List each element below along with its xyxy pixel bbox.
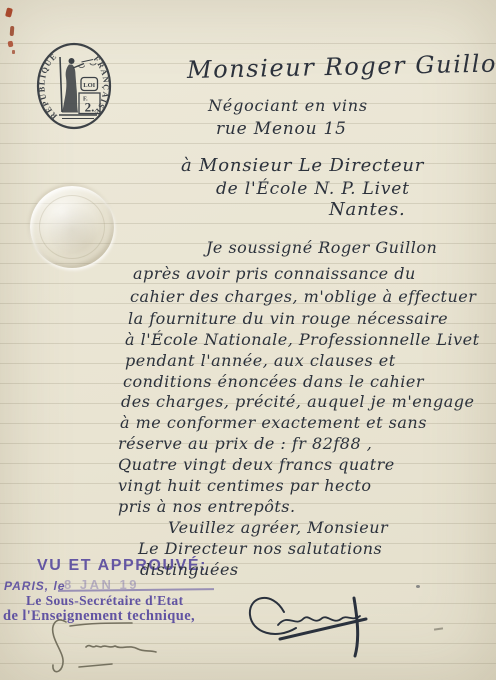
body-line: réserve au prix de : fr 82f88 ,: [118, 436, 372, 452]
fiscal-revenue-stamp: RÉPUBLIQUE FRANÇAISE LOI F. 2.: [35, 42, 113, 130]
body-line: à me conformer exactement et sans: [120, 415, 427, 431]
stamp-value-text: 2.: [85, 100, 95, 115]
body-line: à l'École Nationale, Professionnelle Liv…: [125, 332, 480, 348]
closing-line: Veuillez agréer, Monsieur: [168, 520, 388, 536]
body-line: pris à nos entrepôts.: [118, 499, 296, 515]
tape-residue-mark: [5, 7, 13, 17]
sender-signature: [238, 588, 388, 663]
tape-residue-mark: [12, 50, 15, 54]
body-line: Quatre vingt deux francs quatre: [118, 457, 395, 473]
body-line: cahier des charges, m'oblige à effectuer: [130, 289, 476, 305]
tape-residue-mark: [8, 41, 14, 48]
body-line: des charges, précité, auquel je m'engage: [121, 394, 474, 410]
body-line: la fourniture du vin rouge nécessaire: [128, 311, 448, 327]
closing-line: distinguées: [140, 562, 239, 578]
official-signature: [48, 616, 178, 678]
body-line: pendant l'année, aux clauses et: [125, 353, 396, 369]
sender-street-line: rue Menou 15: [216, 121, 347, 138]
embossed-seal: [30, 186, 114, 268]
tape-residue-mark: [10, 26, 15, 36]
body-line: Je soussigné Roger Guillon: [206, 240, 437, 256]
svg-text:RÉPUBLIQUE: RÉPUBLIQUE: [37, 51, 59, 120]
approval-stamp-place: PARIS, le: [4, 580, 65, 592]
closing-line: Le Directeur nos salutations: [138, 541, 382, 557]
sender-occupation-line: Négociant en vins: [208, 98, 368, 114]
approval-stamp-title-line1: Le Sous-Secrétaire d'Etat: [26, 594, 183, 608]
body-line: vingt huit centimes par hecto: [118, 478, 372, 494]
ink-dot-mark: [416, 585, 420, 588]
recipient-city-line: Nantes.: [329, 201, 406, 219]
document-scan: RÉPUBLIQUE FRANÇAISE LOI F. 2. VU ET A: [0, 0, 496, 680]
recipient-school-line: de l'École N. P. Livet: [216, 181, 410, 198]
stamp-tablet-text: LOI: [83, 82, 95, 89]
loi-tablet: LOI: [81, 78, 98, 91]
stamp-arc-left-text: RÉPUBLIQUE: [37, 51, 59, 120]
body-line: conditions énoncées dans le cahier: [123, 374, 424, 390]
sender-name-line: Monsieur Roger Guillon: [187, 51, 496, 82]
body-line: après avoir pris connaissance du: [133, 266, 416, 282]
recipient-line: à Monsieur Le Directeur: [181, 157, 424, 175]
